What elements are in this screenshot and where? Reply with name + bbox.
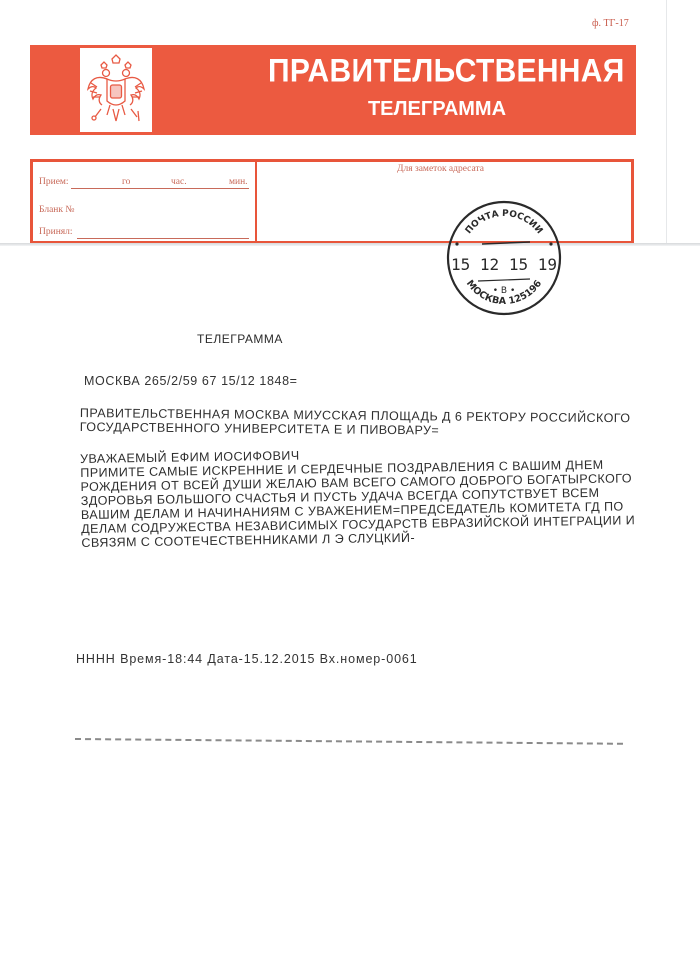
form-subtitle: ТЕЛЕГРАММА <box>268 98 606 121</box>
received-min-label: мин. <box>229 177 248 187</box>
received-line <box>71 188 249 189</box>
telegram-header-line: МОСКВА 265/2/59 67 15/12 1848= <box>84 374 298 388</box>
telegram-footer: НННН Время-18:44 Дата-15.12.2015 Вх.номе… <box>76 652 418 666</box>
received-day-label: го <box>122 177 130 187</box>
recipient-notes-label: Для заметок адресата <box>397 164 484 174</box>
pasted-strip-edge <box>0 243 700 246</box>
stamp-top-text: ПОЧТА РОССИИ <box>464 209 544 236</box>
blank-number-label: Бланк № <box>39 205 74 215</box>
telegram-body: УВАЖАЕМЫЙ ЕФИМ ИОСИФОВИЧ ПРИМИТЕ САМЫЕ И… <box>80 443 635 550</box>
stamp-letter: • В • <box>493 286 516 296</box>
postmark-stamp: ПОЧТА РОССИИ МОСКВА 125196 15 12 15 19 •… <box>444 198 564 318</box>
form-code: ф. ТГ-17 <box>592 18 629 29</box>
header-band: ПРАВИТЕЛЬСТВЕННАЯ ТЕЛЕГРАММА <box>30 45 636 135</box>
tear-line <box>75 738 623 745</box>
page-edge <box>666 0 667 245</box>
telegram-label: ТЕЛЕГРАММА <box>197 332 283 346</box>
form-office-section: Прием: го час. мин. Бланк № Принял: <box>33 162 257 241</box>
stamp-date-code: 15 12 15 19 <box>451 255 557 274</box>
received-label: Прием: <box>39 177 69 187</box>
accepted-label: Принял: <box>39 227 73 237</box>
svg-text:ПОЧТА РОССИИ: ПОЧТА РОССИИ <box>464 209 544 236</box>
received-hour-label: час. <box>171 177 187 187</box>
emblem-box <box>80 48 152 132</box>
russian-coat-of-arms-icon <box>85 53 147 127</box>
telegram-address: ПРАВИТЕЛЬСТВЕННАЯ МОСКВА МИУССКАЯ ПЛОЩАД… <box>80 406 631 439</box>
form-title: ПРАВИТЕЛЬСТВЕННАЯ <box>268 54 606 91</box>
accepted-line <box>77 238 249 239</box>
